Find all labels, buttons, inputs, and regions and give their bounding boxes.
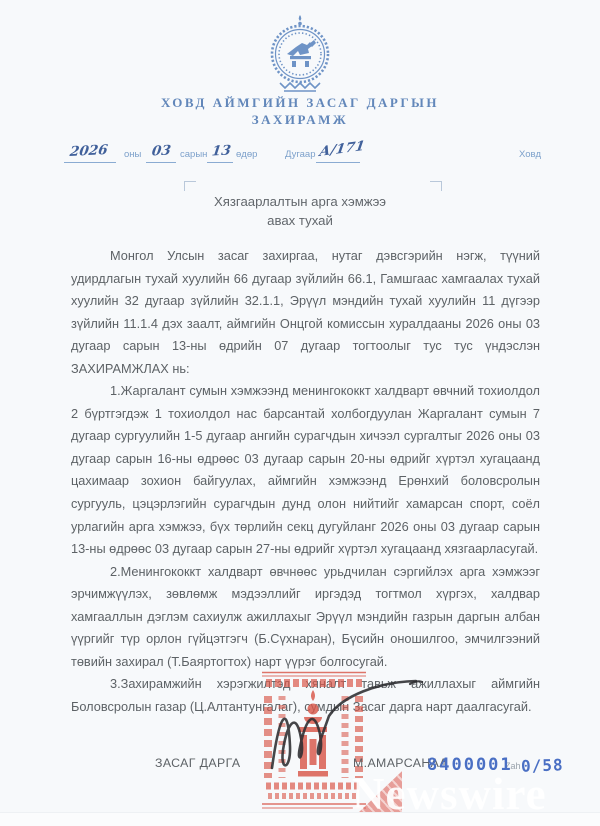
number-label: Дугаар xyxy=(285,149,316,160)
year-underline xyxy=(64,162,116,163)
day-underline xyxy=(207,162,233,163)
right-corner-mark xyxy=(430,181,442,191)
signer-position: ЗАСАГ ДАРГА xyxy=(155,756,240,770)
date-day-label: өдөр xyxy=(236,149,257,160)
scanned-decree-document: { "document": { "header": { "org_name_li… xyxy=(0,0,600,826)
registration-number-stamp: 8400001 xyxy=(427,755,513,775)
date-month-label: сарын xyxy=(180,149,207,160)
subject-line2: авах тухай xyxy=(0,212,600,231)
issuer-line2: ЗАХИРАМЖ xyxy=(0,111,600,128)
mongolia-state-emblem-icon xyxy=(263,14,337,94)
issuer-line1: ХОВД АЙМГИЙН ЗАСАГ ДАРГЫН xyxy=(0,94,600,111)
page-bottom-edge xyxy=(0,812,600,826)
date-year-label: оны xyxy=(124,149,141,160)
body-paragraph-1: 1.Жаргалант сумын хэмжээнд менингококкт … xyxy=(71,380,540,560)
document-meta-line: 2026 оны 03 сарын 13 өдөр Дугаар А/171 Х… xyxy=(0,141,600,167)
body-paragraph-intro: Монгол Улсын засаг захиргаа, нутаг дэвсг… xyxy=(71,245,540,380)
number-value: А/171 xyxy=(318,138,366,160)
registration-number-extra: 0/58 xyxy=(521,755,564,775)
date-day-value: 13 xyxy=(211,143,232,160)
document-issuer-title: ХОВД АЙМГИЙН ЗАСАГ ДАРГЫН ЗАХИРАМЖ xyxy=(0,94,600,128)
issue-place: Ховд xyxy=(519,149,541,160)
left-corner-mark xyxy=(184,181,196,191)
document-body: Монгол Улсын засаг захиргаа, нутаг дэвсг… xyxy=(71,245,540,718)
number-underline xyxy=(316,162,360,163)
body-paragraph-2: 2.Менингококкт халдварт өвчнөөс урьдчила… xyxy=(71,561,540,674)
document-subject: Хязгаарлалтын арга хэмжээ авах тухай xyxy=(0,193,600,230)
month-underline xyxy=(146,162,176,163)
date-year-value: 2026 xyxy=(69,142,109,160)
subject-line1: Хязгаарлалтын арга хэмжээ xyxy=(0,193,600,212)
date-month-value: 03 xyxy=(151,143,172,160)
